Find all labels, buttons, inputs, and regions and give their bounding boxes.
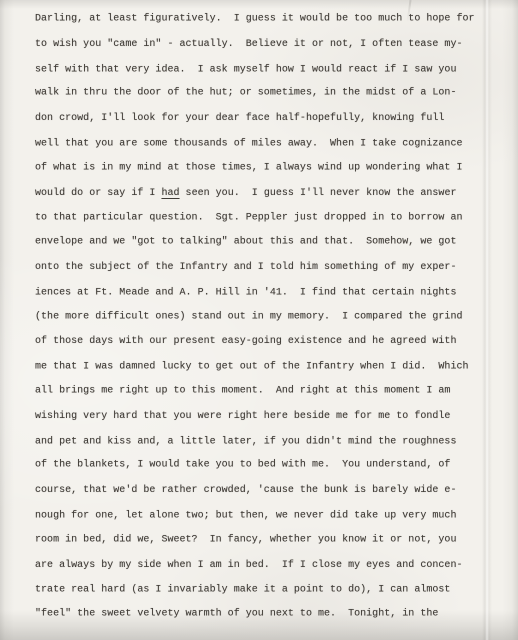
letter-line: would do or say if I had seen you. I gue… xyxy=(35,182,491,207)
letter-line: wishing very hard that you were right he… xyxy=(35,405,491,430)
letter-line: don crowd, I'll look for your dear face … xyxy=(35,107,491,132)
letter-line: self with that very idea. I ask myself h… xyxy=(35,58,491,83)
letter-line: well that you are some thousands of mile… xyxy=(35,132,491,157)
letter-line: "feel" the sweet velvety warmth of you n… xyxy=(35,603,491,628)
letter-line: nough for one, let alone two; but then, … xyxy=(35,504,491,529)
letter-line: to wish you "came in" - actually. Believ… xyxy=(35,33,491,58)
letter-line: are always by my side when I am in bed. … xyxy=(35,554,491,579)
letter-line: course, that we'd be rather crowded, 'ca… xyxy=(35,479,491,504)
letter-line: (the more difficult ones) stand out in m… xyxy=(35,305,491,330)
letter-line: of what is in my mind at those times, I … xyxy=(35,156,491,181)
letter-line: envelope and we "got to talking" about t… xyxy=(35,231,491,256)
scanned-letter-page: Darling, at least figuratively. I guess … xyxy=(0,0,518,640)
letter-line: all brings me right up to this moment. A… xyxy=(35,380,491,405)
letter-line: room in bed, did we, Sweet? In fancy, wh… xyxy=(35,528,491,553)
letter-line: walk in thru the door of the hut; or som… xyxy=(35,82,491,107)
letter-line: of those days with our present easy-goin… xyxy=(35,330,491,355)
letter-line: and pet and kiss and, a little later, if… xyxy=(35,430,491,455)
letter-line: of the blankets, I would take you to bed… xyxy=(35,454,491,479)
letter-line: onto the subject of the Infantry and I t… xyxy=(35,256,491,281)
underlined-word: had xyxy=(161,188,179,199)
letter-line: to that particular question. Sgt. Pepple… xyxy=(35,207,491,232)
letter-text-block: Darling, at least figuratively. I guess … xyxy=(35,8,491,628)
letter-line: iences at Ft. Meade and A. P. Hill in '4… xyxy=(35,281,491,306)
letter-line: trate real hard (as I invariably make it… xyxy=(35,579,491,604)
letter-line: Darling, at least figuratively. I guess … xyxy=(35,8,491,33)
letter-line: me that I was damned lucky to get out of… xyxy=(35,356,491,381)
